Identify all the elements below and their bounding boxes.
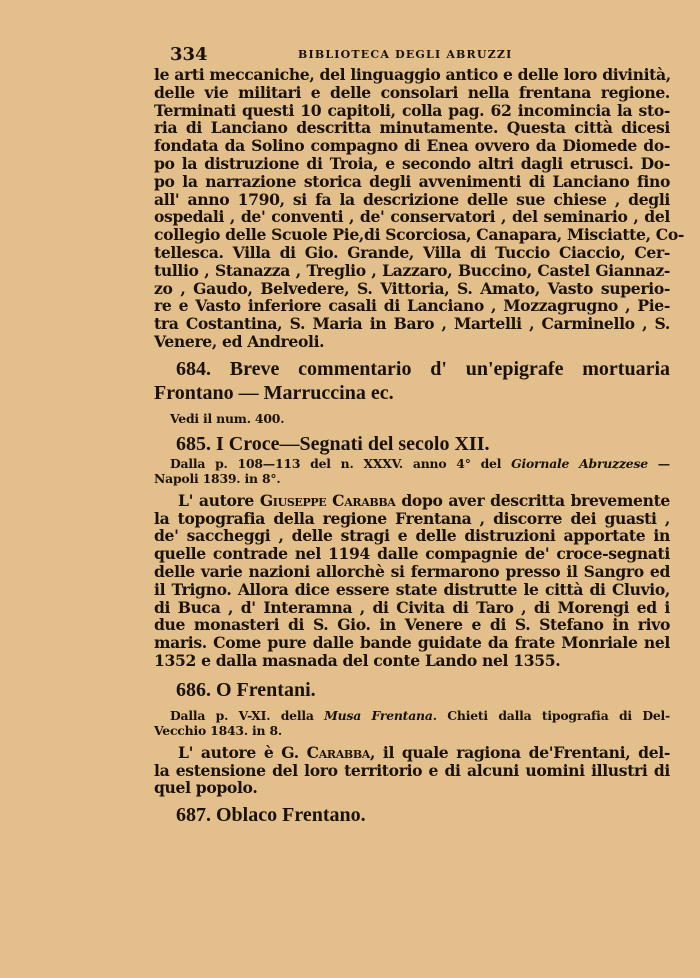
entry-title: 684. Breve commentario d' un'epigrafe mo… (154, 357, 670, 381)
text-line: delle vie militari e delle consolari nel… (154, 84, 670, 102)
author-name: Giuseppe Carabba (260, 491, 396, 510)
source-note: Dalla p. V-XI. della Musa Frentana. Chie… (154, 708, 670, 723)
text-line: le arti meccaniche, del linguaggio antic… (154, 66, 670, 84)
entry-687: 687. Oblaco Frentano. (154, 803, 670, 827)
source-note-continued: Napoli 1839. in 8°. (154, 471, 670, 486)
text-line: delle varie nazioni allorchè si fermaron… (154, 563, 670, 581)
text-line: re e Vasto inferiore casali di Lanciano … (154, 297, 670, 315)
entry-title: 686. O Frentani. (154, 678, 670, 702)
text-line: tellesca. Villa di Gio. Grande, Villa di… (154, 244, 670, 262)
entry-number: 685. (176, 433, 211, 455)
cross-reference-note: Vedi il num. 400. (154, 411, 670, 426)
text: dopo aver descritta brevemente (396, 491, 671, 510)
text-line: tullio , Stanazza , Treglio , Lazzaro, B… (154, 262, 670, 280)
text-line: ospedali , de' conventi , de' conservato… (154, 208, 670, 226)
text-line: L' autore è G. Carabba, il quale ragiona… (154, 744, 670, 762)
entry-title: 685. I Croce—Segnati del secolo XII. (154, 432, 670, 456)
book-page: 334 BIBLIOTECA DEGLI ABRUZZI le arti mec… (154, 44, 670, 827)
text-line: di Buca , d' Interamna , di Civita di Ta… (154, 599, 670, 617)
entry-number: 684. (176, 358, 211, 380)
text-line: L' autore Giuseppe Carabba dopo aver des… (154, 492, 670, 510)
text-line: quel popolo. (154, 779, 670, 797)
entry-686: 686. O Frentani. Dalla p. V-XI. della Mu… (154, 678, 670, 797)
text-line: Terminati questi 10 capitoli, colla pag.… (154, 102, 670, 120)
running-title: BIBLIOTECA DEGLI ABRUZZI (298, 48, 513, 61)
entry-title-text: Oblaco Frentano. (216, 804, 366, 826)
text-line: zo , Gaudo, Belvedere, S. Vittoria, S. A… (154, 280, 670, 298)
text: , il quale ragiona de'Frentani, del- (370, 743, 670, 762)
text-line: ria di Lanciano descritta minutamente. Q… (154, 119, 670, 137)
entry-title-continued: Frontano — Marruccina ec. (154, 381, 670, 405)
note-text: . Chieti dalla tipografia di Del- (433, 708, 670, 723)
text-line: la estensione del loro territorio e di a… (154, 762, 670, 780)
page-number: 334 (170, 44, 208, 65)
text-line: all' anno 1790, si fa la descrizione del… (154, 191, 670, 209)
text-line: po la distruzione di Troia, e secondo al… (154, 155, 670, 173)
note-text: Dalla p. 108—113 del n. XXXV. anno 4° de… (170, 456, 511, 471)
text: L' autore è (178, 743, 281, 762)
text-line: tra Costantina, S. Maria in Baro , Marte… (154, 315, 670, 333)
text-line: de' saccheggi , delle stragi e delle dis… (154, 527, 670, 545)
source-note: Dalla p. 108—113 del n. XXXV. anno 4° de… (154, 456, 670, 471)
text-line: Venere, ed Andreoli. (154, 333, 670, 351)
entry-684: 684. Breve commentario d' un'epigrafe mo… (154, 357, 670, 426)
text-line: maris. Come pure dalle bande guidate da … (154, 634, 670, 652)
text-line: 1352 e dalla masnada del conte Lando nel… (154, 652, 670, 670)
text: L' autore (178, 491, 260, 510)
entry-number: 687. (176, 804, 211, 826)
entry-title-text: O Frentani. (216, 679, 316, 701)
text-line: due monasteri di S. Gio. in Venere e di … (154, 616, 670, 634)
journal-title: Giornale Abruzzese (511, 456, 648, 471)
note-text: — (648, 456, 670, 471)
entry-title: 687. Oblaco Frentano. (154, 803, 670, 827)
source-note-continued: Vecchio 1843. in 8. (154, 723, 670, 738)
running-head: 334 BIBLIOTECA DEGLI ABRUZZI (154, 44, 670, 66)
text-line: po la narrazione storica degli avvenimen… (154, 173, 670, 191)
journal-title: Musa Frentana (324, 708, 433, 723)
entry-title-text: I Croce—Segnati del secolo XII. (216, 433, 490, 455)
text-line: il Trigno. Allora dice essere state dist… (154, 581, 670, 599)
text-line: fondata da Solino compagno di Enea ovver… (154, 137, 670, 155)
author-name: G. Carabba (281, 743, 370, 762)
text-line: collegio delle Scuole Pie,di Scorciosa, … (154, 226, 670, 244)
entry-title-text: Breve commentario d' un'epigrafe mortuar… (230, 358, 670, 380)
entry-685: 685. I Croce—Segnati del secolo XII. Dal… (154, 432, 670, 670)
continuation-paragraph: le arti meccaniche, del linguaggio antic… (154, 66, 670, 351)
text-line: la topografia della regione Frentana , d… (154, 510, 670, 528)
text-line: quelle contrade nel 1194 dalle compagnie… (154, 545, 670, 563)
entry-number: 686. (176, 679, 211, 701)
note-text: Dalla p. V-XI. della (170, 708, 324, 723)
